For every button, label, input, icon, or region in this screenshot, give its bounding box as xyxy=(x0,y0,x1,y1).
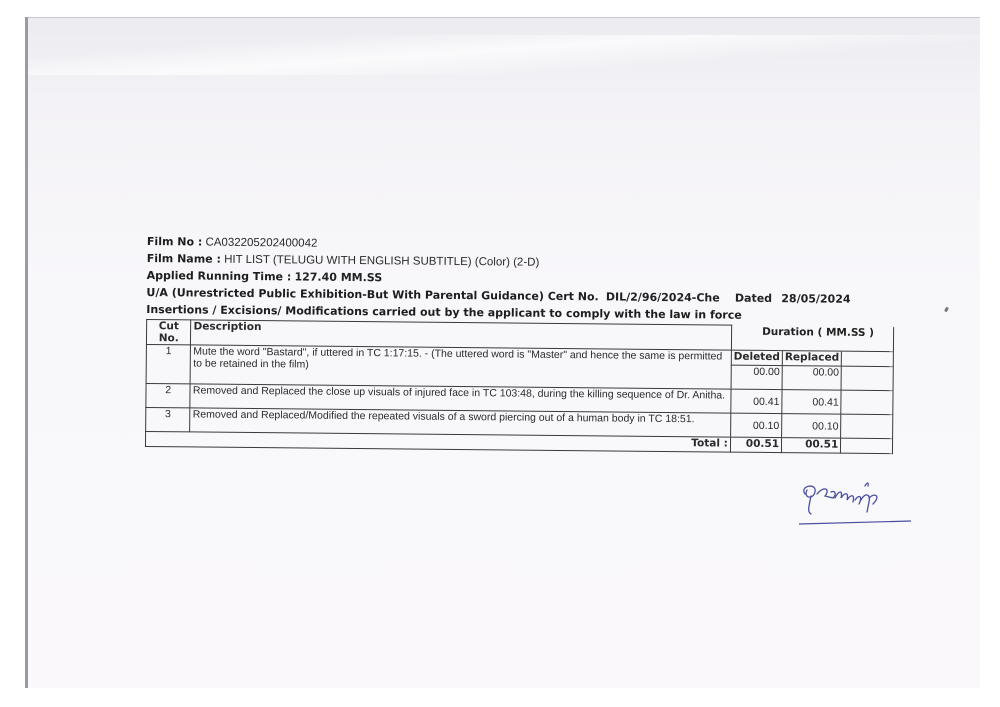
film-no-value: CA032205202400042 xyxy=(205,237,317,250)
deleted-cell: 00.10 xyxy=(730,413,781,437)
cut-no-cell: 3 xyxy=(146,407,191,431)
dated-label: Dated xyxy=(735,292,772,305)
total-deleted: 00.51 xyxy=(730,437,781,452)
certificate-details: Film No : CA032205202400042 Film Name : … xyxy=(146,235,897,327)
total-extra-cell xyxy=(841,438,893,453)
running-time-value: 127.40 MM.SS xyxy=(294,270,382,284)
replaced-cell: 00.41 xyxy=(782,390,842,415)
dated-value: 28/05/2024 xyxy=(781,292,850,306)
film-name-value: HIT LIST (TELUGU WITH ENGLISH SUBTITLE) … xyxy=(224,254,539,269)
signature xyxy=(795,472,915,532)
film-no-label: Film No : xyxy=(147,235,202,249)
extra-cell xyxy=(841,390,893,414)
header-extra xyxy=(842,351,894,366)
replaced-cell: 00.10 xyxy=(782,414,842,439)
scan-edge xyxy=(28,17,980,18)
film-name-label: Film Name : xyxy=(147,252,221,266)
deleted-cell: 00.41 xyxy=(731,389,782,413)
cut-no-cell: 2 xyxy=(146,383,191,407)
header-deleted: Deleted xyxy=(731,350,782,365)
extra-cell xyxy=(841,366,893,390)
total-replaced: 00.51 xyxy=(781,438,840,454)
scan-sheen xyxy=(28,35,980,75)
header-replaced: Replaced xyxy=(782,351,841,367)
header-cut-no: Cut No. xyxy=(146,320,191,345)
cut-no-cell: 1 xyxy=(146,344,191,383)
header-blank-3 xyxy=(842,326,894,351)
header-blank-2 xyxy=(782,326,842,352)
deleted-cell: 00.00 xyxy=(731,365,782,389)
cert-no: DIL/2/96/2024-Che xyxy=(606,290,720,304)
cuts-table: Cut No. Description 1 Mute the word "Bas… xyxy=(145,319,894,454)
extra-cell xyxy=(841,414,893,438)
header-blank-1 xyxy=(731,325,782,350)
description-cell: Mute the word "Bastard", if uttered in T… xyxy=(191,345,732,389)
running-time-label: Applied Running Time : xyxy=(147,269,292,283)
replaced-cell: 00.00 xyxy=(782,366,842,391)
